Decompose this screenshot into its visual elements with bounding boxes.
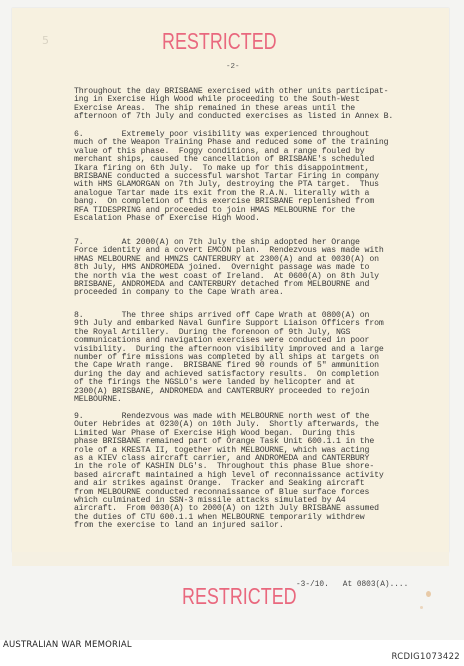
paragraph-6: 6. Extremely poor visibility was experie…	[74, 131, 446, 223]
corner-mark: 5	[42, 34, 49, 47]
paragraph-intro: Throughout the day BRISBANE exercised wi…	[74, 88, 446, 122]
page-number: -2-	[226, 63, 240, 71]
institution-label: AUSTRALIAN WAR MEMORIAL	[3, 640, 132, 650]
page-bottom-edge	[12, 552, 449, 566]
continuation-note: -3-/10. At 0803(A)....	[296, 581, 408, 589]
record-id: RCDIG1073422	[391, 652, 460, 662]
restricted-stamp-bottom: RESTRICTED	[182, 583, 297, 610]
paper-stain	[420, 606, 423, 609]
paragraph-9: 9. Rendezvous was made with MELBOURNE no…	[74, 413, 446, 531]
paper-stain	[426, 591, 431, 597]
paragraph-7: 7. At 2000(A) on 7th July the ship adopt…	[74, 239, 446, 298]
paragraph-8: 8. The three ships arrived off Cape Wrat…	[74, 312, 446, 404]
restricted-stamp-top: RESTRICTED	[162, 28, 277, 55]
